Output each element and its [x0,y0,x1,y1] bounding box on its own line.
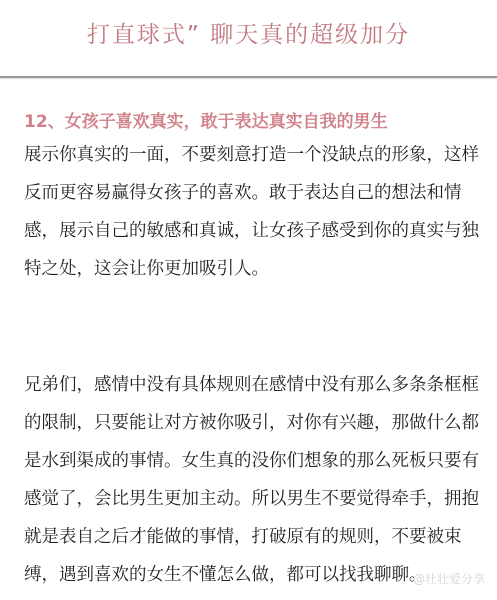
paragraph-line: 展示你真实的一面，不要刻意打造一个没缺点的形象，这样 [24,136,484,174]
paragraph-line: 感，展示自己的敏感和真诚，让女孩子感受到你的真实与独 [24,212,484,250]
paragraph-line: 兄弟们，感情中没有具体规则在感情中没有那么多条条框框 [24,366,484,404]
page-title: 打直球式” 聊天真的超级加分 [0,18,497,52]
paragraph-line: 的限制，只要能让对方被你吸引，对你有兴趣，那做什么都 [24,404,484,442]
paragraph-line: 就是表自之后才能做的事情，打破原有的规则，不要被束 [24,518,484,556]
section-heading: 12、女孩子喜欢真实，敢于表达真实自我的男生 [24,109,388,135]
paragraph-1: 展示你真实的一面，不要刻意打造一个没缺点的形象，这样 反而更容易赢得女孩子的喜欢… [24,136,484,288]
paragraph-line: 特之处，这会让你更加吸引人。 [24,250,484,288]
paragraph-2: 兄弟们，感情中没有具体规则在感情中没有那么多条条框框 的限制，只要能让对方被你吸… [24,366,484,594]
paragraph-line: 感觉了，会比男生更加主动。所以男生不要觉得牵手，拥抱 [24,480,484,518]
paragraph-line: 是水到渠成的事情。女生真的没你们想象的那么死板只要有 [24,442,484,480]
title-divider [0,76,497,78]
paragraph-line: 反而更容易赢得女孩子的喜欢。敢于表达自己的想法和情 [24,174,484,212]
watermark: @壮壮爱分享 [413,570,485,587]
